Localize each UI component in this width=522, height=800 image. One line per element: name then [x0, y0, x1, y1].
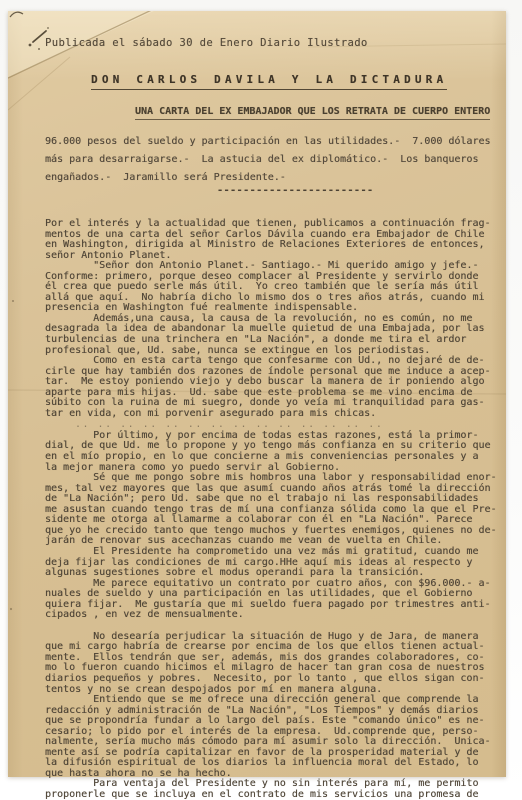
paper-sheet: Publicada el sábado 30 de Enero Diario I… [8, 11, 506, 777]
paragraph: Como en esta carta tengo que confesarme … [45, 356, 506, 419]
subheadline-row: UNA CARTA DEL EX EMBAJADOR QUE LOS RETRA… [135, 99, 506, 120]
paragraph: Sé que me pongo sobre mis hombros una la… [45, 473, 506, 547]
paragraph: Para ventaja del Presidente y no sin int… [45, 779, 506, 800]
dashed-rule: ------------------------ [217, 187, 506, 195]
ink-speck [10, 608, 12, 610]
paragraph: "Señor don Antonio Planet.- Santiago.- M… [45, 261, 506, 314]
paragraph: Entiendo que se me ofrece una dirección … [45, 695, 506, 779]
ink-speck [12, 300, 14, 302]
subheadline-title: UNA CARTA DEL EX EMBAJADOR QUE LOS RETRA… [135, 106, 490, 120]
paragraph: Me parece equitativo un contrato por cua… [45, 579, 506, 621]
headline-title: DON CARLOS DAVILA Y LA DICTADURA [91, 73, 447, 90]
paragraph: No desearía perjudicar la situación de H… [45, 632, 506, 695]
summary-kicker: 96.000 pesos del sueldo y participación … [45, 133, 506, 187]
scanner-background: Publicada el sábado 30 de Enero Diario I… [0, 0, 522, 800]
publication-dateline: Publicada el sábado 30 de Enero Diario I… [45, 37, 506, 49]
letter-body: Por el interés y la actualidad que tiene… [45, 219, 506, 800]
ink-speck [29, 44, 32, 47]
paragraph: Además,una causa, la causa de la revoluc… [45, 314, 506, 356]
headline-row: DON CARLOS DAVILA Y LA DICTADURA [91, 68, 506, 90]
typed-content: Publicada el sábado 30 de Enero Diario I… [45, 11, 506, 800]
ink-speck [38, 48, 40, 50]
pen-mark-corner [10, 12, 23, 17]
paragraph: Por el interés y la actualidad que tiene… [45, 219, 506, 261]
paragraph: Por último, y por encima de todas estas … [45, 431, 506, 473]
paragraph: El Presidente ha comprometido una vez má… [45, 547, 506, 579]
scanned-letter-page: { "document": { "dateline": "Publicada e… [0, 0, 522, 800]
